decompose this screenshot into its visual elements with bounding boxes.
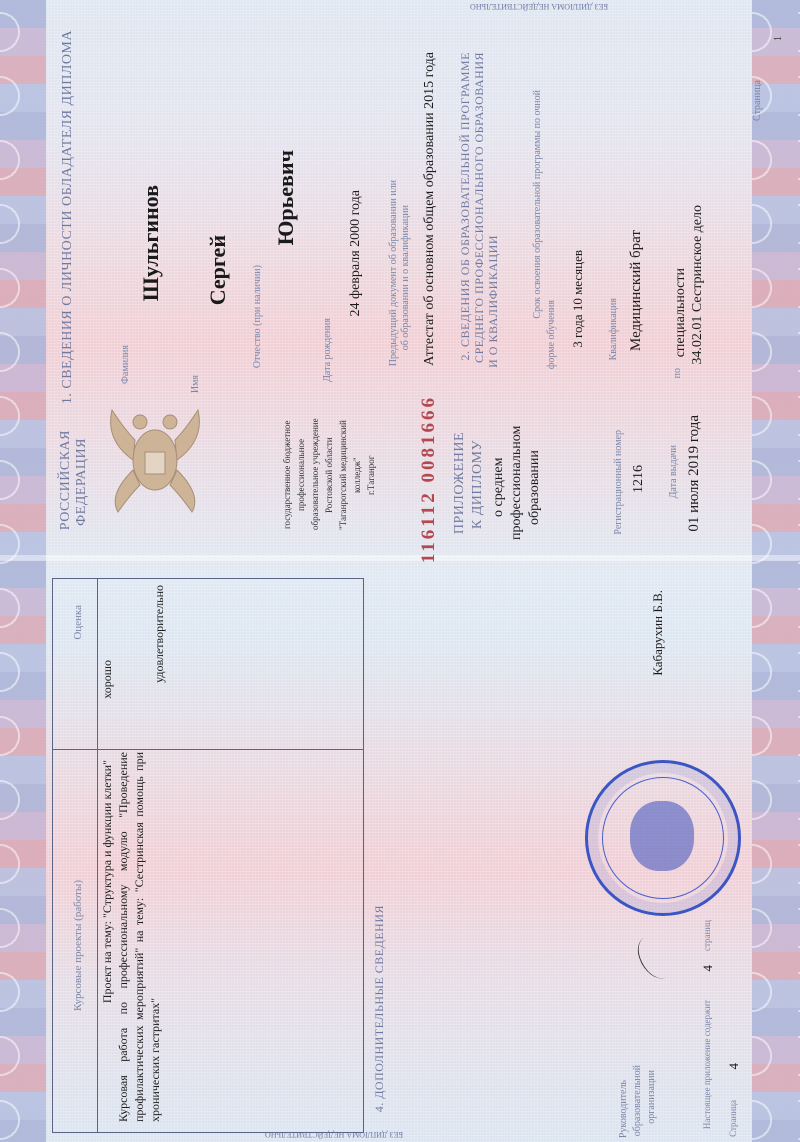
guilloche-border-left <box>0 0 46 1142</box>
country-line1: РОССИЙСКАЯ <box>58 430 74 530</box>
surname-label: Фамилия <box>120 345 131 384</box>
reg-number: 1216 <box>631 465 647 493</box>
head-label-line1: Руководитель <box>618 1080 629 1138</box>
duration-value: 3 года 10 месяцев <box>570 250 586 348</box>
duration-label-line2: форме обучения <box>546 300 557 369</box>
prev-doc-label-line1: Предыдущий документ об образовании или <box>388 180 399 366</box>
doc-subtitle: о среднем профессиональном образовании <box>490 435 544 540</box>
section1-heading: 1. СВЕДЕНИЯ О ЛИЧНОСТИ ОБЛАДАТЕЛЯ ДИПЛОМ… <box>60 30 76 404</box>
patronymic-value: Юрьевич <box>273 150 299 245</box>
seal-emblem-icon <box>630 801 694 871</box>
section4-heading: 4. ДОПОЛНИТЕЛЬНЫЕ СВЕДЕНИЯ <box>372 905 387 1112</box>
page-footer-label-top: Страница <box>752 80 763 121</box>
prev-doc-value: Аттестат об основном общем образовании 2… <box>422 52 438 366</box>
coursework-row-1-grade: хорошо <box>100 660 115 699</box>
issue-date-label: Дата выдачи <box>668 445 679 498</box>
coursework-row-2-project: Курсовая работа по профессиональному мод… <box>115 752 167 1122</box>
section2-heading-line1: 2. СВЕДЕНИЯ ОБ ОБРАЗОВАТЕЛЬНОЙ ПРОГРАММЕ <box>458 52 473 360</box>
reg-number-label: Регистрационный номер <box>613 430 624 535</box>
birth-date-value: 24 февраля 2000 года <box>348 190 364 317</box>
pages-suffix: страниц <box>702 920 712 951</box>
country-line2: ФЕДЕРАЦИЯ <box>74 438 90 526</box>
coursework-row-2-grade: удовлетворительно <box>152 585 167 683</box>
birth-date-label: Дата рождения <box>322 318 333 382</box>
head-label-line3: организации <box>646 1070 657 1124</box>
patronymic-label: Отчество (при наличии) <box>252 265 263 368</box>
name-label: Имя <box>190 375 201 393</box>
name-value: Сергей <box>205 235 231 305</box>
guilloche-border-right <box>752 0 800 1142</box>
specialty-label: специальности <box>673 268 689 357</box>
section2-heading-line2: СРЕДНЕГО ПРОФЕССИОНАЛЬНОГО ОБРАЗОВАНИЯ <box>472 52 487 363</box>
section2-heading-line3: И О КВАЛИФИКАЦИИ <box>486 235 501 368</box>
page-fold <box>0 555 800 561</box>
double-headed-eagle-emblem-icon <box>100 400 210 520</box>
table-header-column <box>53 579 98 1132</box>
watermark-top: БЕЗ ДИПЛОМА НЕДЕЙСТВИТЕЛЬНО <box>470 2 608 11</box>
head-name: Кабарухин Б.В. <box>650 590 666 676</box>
institution-name: государственное бюджетное профессиональн… <box>280 420 378 530</box>
table-header-grade: Оценка <box>72 605 84 640</box>
coursework-row-1-project: Проект на тему: "Структура и функции кле… <box>100 760 115 1003</box>
official-seal-stamp <box>585 760 741 916</box>
qualification-label: Квалификация <box>608 298 619 360</box>
specialty-value: 34.02.01 Сестринское дело <box>690 205 706 365</box>
qualification-value: Медицинский брат <box>628 230 645 351</box>
prev-doc-label-line2: об образовании и о квалификации <box>400 205 411 350</box>
issue-date: 01 июля 2019 года <box>686 415 703 532</box>
coursework-table <box>52 578 364 1133</box>
pages-count-label: Настоящее приложение содержит <box>702 1000 712 1129</box>
duration-label-line1: Срок освоения образовательной программы … <box>532 90 543 319</box>
head-label-line2: образовательной <box>632 1065 643 1136</box>
page-footer-number-top: 1 <box>773 36 784 41</box>
pages-count: 4 <box>700 965 716 972</box>
doc-title-line1: ПРИЛОЖЕНИЕ <box>452 432 468 534</box>
column-divider <box>53 749 363 750</box>
table-header-project: Курсовые проекты (работы) <box>72 880 84 1011</box>
specialty-prefix: по <box>672 368 683 378</box>
page-label-bottom: Страница <box>728 1100 738 1137</box>
doc-title-line2: К ДИПЛОМУ <box>470 440 486 529</box>
serial-number: 116112 0081666 <box>418 395 440 563</box>
page-number-bottom: 4 <box>726 1063 742 1070</box>
surname-value: Шульгинов <box>138 185 164 301</box>
